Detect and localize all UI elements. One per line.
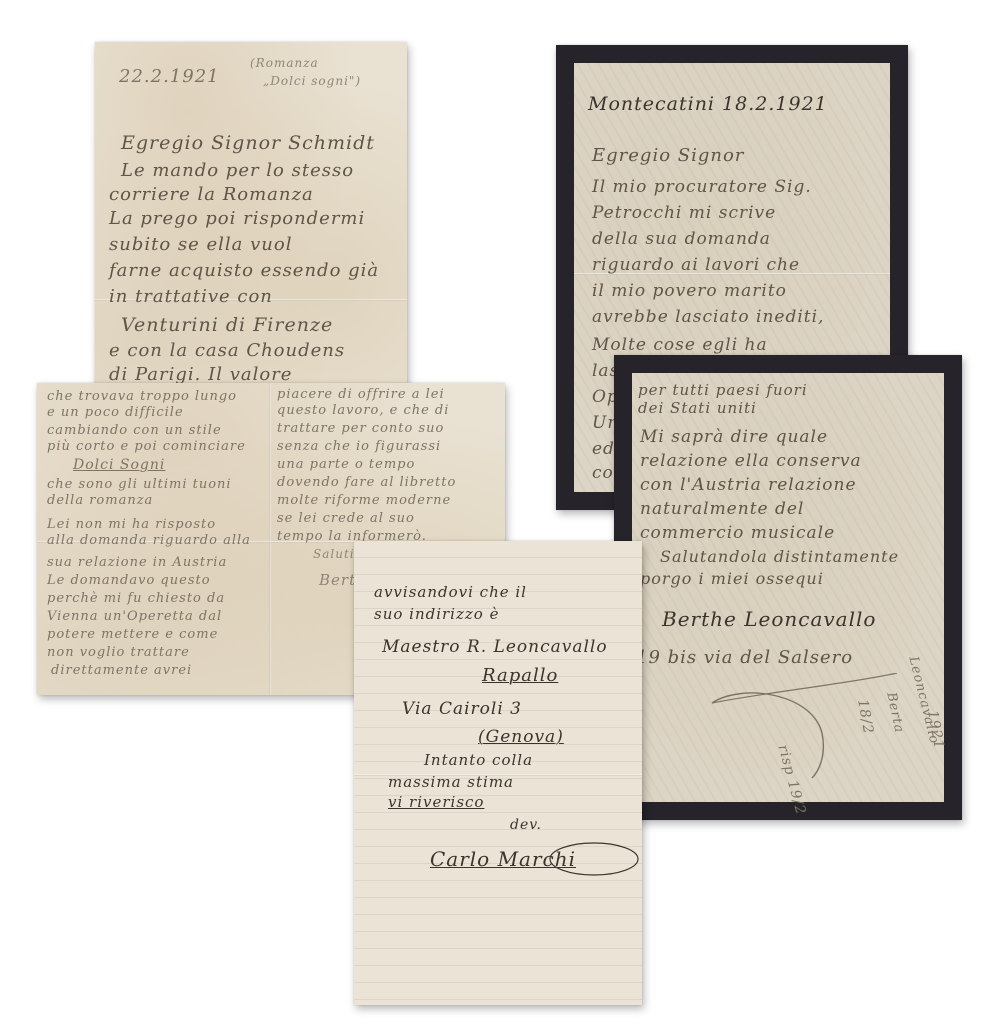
letter-line: che sono gli ultimi tuoni	[47, 477, 232, 492]
letter-line: Petrocchi mi scrive	[592, 203, 776, 223]
letter-line: suo indirizzo è	[374, 605, 499, 623]
letter-line: Molte cose egli ha	[592, 335, 768, 355]
letter-line: Vienna un'Operetta dal	[47, 609, 222, 624]
letter-line: questo lavoro, e che di	[277, 403, 449, 418]
song-title: Dolci Sogni	[73, 457, 165, 473]
letter-line: della romanza	[47, 493, 153, 508]
recipient-name: Maestro R. Leoncavallo	[382, 637, 608, 657]
letter-line: Venturini di Firenze	[121, 314, 333, 336]
letter-sheet-lined: avvisandovi che il suo indirizzo è Maest…	[354, 541, 642, 1005]
recipient-city: Rapallo	[482, 665, 558, 686]
recipient-street: Via Cairoli 3	[402, 699, 522, 719]
letter-line: di Parigi. Il valore	[109, 364, 292, 385]
letter-line: sua relazione in Austria	[47, 555, 227, 570]
pencil-annotation: (Romanza	[250, 56, 319, 70]
letter-line: cambiando con un stile	[47, 423, 222, 438]
letter-line: naturalmente del	[640, 499, 804, 519]
letter-line: riguardo ai lavori che	[592, 255, 800, 275]
letter-line: avrebbe lasciato inediti,	[592, 307, 824, 327]
letter-line: direttamente avrei	[51, 663, 192, 678]
letter-line: La prego poi rispondermi	[109, 208, 365, 229]
mourning-letter-sheet-front: per tutti paesi fuori dei Stati uniti Mi…	[614, 355, 962, 820]
letter-line: senza che io figurassi	[277, 439, 441, 454]
letter-line: Le domandavo questo	[47, 573, 211, 588]
letter-line: Lei non mi ha risposto	[47, 517, 216, 532]
letter-line: Mi saprà dire quale	[640, 427, 828, 447]
letter-line: con l'Austria relazione	[640, 475, 857, 495]
letter-line: non voglio trattare	[47, 645, 190, 660]
letter-line: corriere la Romanza	[109, 184, 314, 205]
pencil-annotation: „Dolci sogni")	[263, 74, 361, 88]
letter-line: subito se ella vuol	[109, 234, 293, 255]
letter-line: e un poco difficile	[47, 405, 184, 420]
letter-line: alla domanda riguardo alla	[47, 533, 251, 548]
closing: porgo i miei ossequi	[640, 569, 824, 588]
letter-line: relazione ella conserva	[640, 451, 862, 471]
letter-line: piacere di offrire a lei	[277, 387, 445, 402]
letter-line: molte riforme moderne	[277, 493, 451, 508]
letter-line: il mio povero marito	[592, 281, 787, 301]
salutation: Egregio Signor	[592, 145, 744, 166]
closing: vi riverisco	[388, 793, 484, 811]
letter-line: dei Stati uniti	[638, 399, 757, 417]
letter-line: e con la casa Choudens	[109, 340, 345, 361]
letter-line: della sua domanda	[592, 229, 771, 249]
letter-line: potere mettere e come	[47, 627, 218, 642]
closing: Intanto colla	[424, 751, 533, 769]
place-date-heading: Montecatini 18.2.1921	[588, 93, 828, 115]
letter-line: Le mando per lo stesso	[121, 160, 354, 181]
closing: massima stima	[388, 773, 514, 791]
fold-line	[269, 383, 271, 695]
letter-line: avvisandovi che il	[374, 583, 527, 601]
closing: Salutandola distintamente	[660, 547, 899, 566]
signature: Berthe Leoncavallo	[662, 607, 876, 631]
letter-line: perchè mi fu chiesto da	[47, 591, 225, 606]
closing: dev.	[510, 817, 542, 833]
letter-line: co	[592, 463, 614, 483]
letter-paper: per tutti paesi fuori dei Stati uniti Mi…	[632, 373, 944, 802]
letter-line: una parte o tempo	[277, 457, 415, 472]
recipient-province: (Genova)	[478, 727, 564, 747]
letter-line: più corto e poi cominciare	[47, 439, 246, 454]
letter-line: che trovava troppo lungo	[47, 389, 237, 404]
letter-line: farne acquisto essendo già	[109, 260, 379, 281]
signature-flourish	[534, 837, 644, 887]
letter-line: trattare per conto suo	[277, 421, 444, 436]
letter-line: se lei crede al suo	[277, 511, 415, 526]
letter-sheet-1921-02-22: 22.2.1921 (Romanza „Dolci sogni") Egregi…	[95, 42, 407, 387]
letter-date: 22.2.1921	[119, 66, 220, 87]
salutation: Egregio Signor Schmidt	[121, 132, 375, 154]
letter-line: per tutti paesi fuori	[638, 381, 808, 399]
letter-line: Il mio procuratore Sig.	[592, 177, 812, 197]
sender-address: 19 bis via del Salsero	[636, 647, 853, 668]
letter-line: in trattative con	[109, 286, 273, 307]
letter-line: dovendo fare al libretto	[277, 475, 456, 490]
letter-line: commercio musicale	[640, 523, 835, 543]
